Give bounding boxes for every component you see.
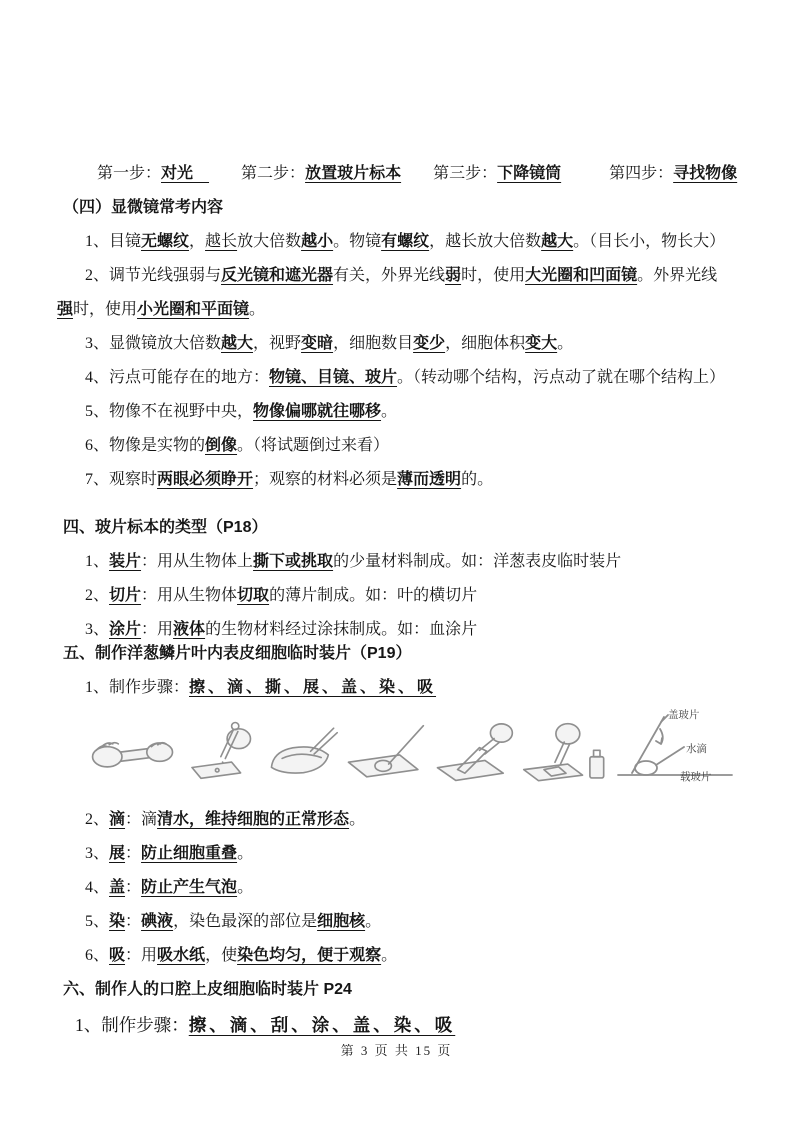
text-segment: 4、 [85, 879, 109, 896]
text-segment: 液体 [173, 621, 205, 638]
text-segment: 放置玻片标本 [305, 165, 401, 182]
text-segment [209, 165, 241, 182]
text-segment: ，细胞体积 [445, 335, 525, 352]
text-segment: 擦、滴、撕、展、盖、染、吸 [189, 679, 436, 696]
text-segment: ：用 [125, 947, 157, 964]
text-segment: 下降镜筒 [497, 165, 561, 182]
text-segment: 滴 [109, 811, 125, 828]
text-segment: 盖 [109, 879, 125, 896]
text-segment: 两眼必须睁开 [157, 471, 253, 488]
drop-water-icon [183, 720, 255, 788]
list-item: 4、盖：防止产生气泡。 [57, 871, 738, 905]
list-item: 7、观察时两眼必须睁开；观察的材料必须是薄而透明的。 [57, 463, 738, 497]
text-segment: 展 [109, 845, 125, 862]
list-item: 4、污点可能存在的地方：物镜、目镜、玻片。（转动哪个结构，污点动了就在哪个结构上… [57, 361, 738, 395]
text-segment: ，使 [205, 947, 237, 964]
text-segment: 染 [109, 913, 125, 930]
text-segment: 变暗 [301, 335, 333, 352]
tear-specimen-icon [259, 720, 339, 788]
text-segment: 切片 [109, 587, 141, 604]
text-segment: 。 [365, 913, 381, 930]
text-segment: 的生物材料经过涂抹制成。如：血涂片 [205, 621, 477, 638]
text-segment: 切取 [237, 587, 269, 604]
text-segment: 第二步： [241, 165, 305, 182]
text-segment: 防止产生气泡 [141, 879, 237, 896]
text-segment: 7、观察时 [85, 471, 157, 488]
text-segment: 第三步： [433, 165, 497, 182]
text-segment: 3、显微镜放大倍数 [85, 335, 221, 352]
text-segment: ： [125, 845, 141, 862]
text-segment: 无螺纹 [141, 233, 189, 250]
text-segment: 。 [381, 947, 397, 964]
text-segment: 的薄片制成。如：叶的横切片 [269, 587, 477, 604]
text-segment: 。 [249, 301, 265, 318]
text-segment: 时，使用 [461, 267, 525, 284]
text-segment: 3、 [85, 845, 109, 862]
text-segment: 弱 [445, 267, 461, 284]
section-heading-slide-types: 四、玻片标本的类型（P18） [57, 511, 738, 545]
text-segment: 5、 [85, 913, 109, 930]
section-heading-microscope-exam-notes: （四）显微镜常考内容 [57, 191, 738, 225]
text-segment: 3、 [85, 621, 109, 638]
text-segment: 物镜、目镜、玻片 [269, 369, 397, 386]
text-segment: 放大倍数 [237, 233, 301, 250]
text-segment: 。（将试题倒过来看） [237, 437, 389, 454]
text-segment: 物像偏哪就往哪移 [253, 403, 381, 420]
section-heading-onion-slide: 五、制作洋葱鳞片叶内表皮细胞临时装片（P19） [57, 637, 738, 671]
spread-specimen-icon [343, 720, 427, 788]
list-item: 5、物像不在视野中央，物像偏哪就往哪移。 [57, 395, 738, 429]
text-segment: 防止细胞重叠 [141, 845, 237, 862]
wipe-slide-icon [87, 720, 179, 788]
list-item: 2、滴：滴清水，维持细胞的正常形态。 [57, 803, 738, 837]
text-segment: 5、物像不在视野中央， [85, 403, 253, 420]
water-drop-label: 水滴 [686, 741, 707, 756]
text-segment: 1、制作步骤： [85, 679, 189, 696]
text-segment: ，越长放大倍数 [429, 233, 541, 250]
list-item: 3、显微镜放大倍数越大，视野变暗，细胞数目变少，细胞体积变大。 [57, 327, 738, 361]
text-segment: 1、目镜 [85, 233, 141, 250]
text-segment: 细胞核 [317, 913, 365, 930]
coverslip-lowering-diagram: 盖玻片 水滴 载玻片 [616, 699, 738, 799]
microscope-use-steps-line: 第一步：对光 第二步：放置玻片标本 第三步：下降镜筒 第四步：寻找物像 [57, 157, 738, 191]
text-segment: 染色均匀，便于观察 [237, 947, 381, 964]
text-segment: 有螺纹 [381, 233, 429, 250]
text-segment: 吸水纸 [157, 947, 205, 964]
page-content: 第一步：对光 第二步：放置玻片标本 第三步：下降镜筒 第四步：寻找物像 （四）显… [57, 157, 738, 1043]
list-item: 6、吸：用吸水纸，使染色均匀，便于观察。 [57, 939, 738, 973]
section-heading-cheek-cell-slide: 六、制作人的口腔上皮细胞临时装片 P24 [57, 973, 738, 1007]
text-segment: 。物镜 [333, 233, 381, 250]
cover-slip-icon [432, 720, 516, 788]
coverslip-label: 盖玻片 [668, 707, 700, 722]
text-segment: 涂片 [109, 621, 141, 638]
text-segment: ：用 [141, 621, 173, 638]
text-segment: ，染色最深的部位是 [173, 913, 317, 930]
text-segment: ，细胞数目 [333, 335, 413, 352]
text-segment: 寻找物像 [673, 165, 737, 182]
text-segment: 越大 [541, 233, 573, 250]
text-segment [401, 165, 433, 182]
text-segment: 第四步： [609, 165, 673, 182]
text-segment: 4、污点可能存在的地方： [85, 369, 269, 386]
text-segment: 清水，维持细胞的正常形态 [157, 811, 349, 828]
text-segment: 反光镜和遮光器 [221, 267, 333, 284]
text-segment: ：用从生物体 [141, 587, 237, 604]
text-segment: 越大 [221, 335, 253, 352]
text-segment: 。 [381, 403, 397, 420]
text-segment: 有关，外界光线 [333, 267, 445, 284]
text-segment: 。外界光线 [637, 267, 717, 284]
list-item: 3、展：防止细胞重叠。 [57, 837, 738, 871]
text-segment: 。（转动哪个结构，污点动了就在哪个结构上） [397, 369, 725, 386]
text-segment: 装片 [109, 553, 141, 570]
text-segment: 薄而透明 [397, 471, 461, 488]
text-segment: ， [189, 233, 205, 250]
text-segment: 小光圈和平面镜 [137, 301, 249, 318]
text-segment: 时，使用 [73, 301, 137, 318]
procedure-figures-row: 盖玻片 水滴 载玻片 [57, 705, 738, 803]
text-segment: 越小 [301, 233, 333, 250]
text-segment: 撕下或挑取 [253, 553, 333, 570]
text-segment: 碘液 [141, 913, 173, 930]
list-item: 5、染：碘液，染色最深的部位是细胞核。 [57, 905, 738, 939]
text-segment: 2、调节光线强弱与 [85, 267, 221, 284]
slide-label: 载玻片 [680, 769, 712, 784]
document-page: 第一步：对光 第二步：放置玻片标本 第三步：下降镜筒 第四步：寻找物像 （四）显… [0, 0, 793, 1122]
text-segment: 。（目长小，物长大） [573, 233, 725, 250]
text-segment: 对光 [161, 165, 209, 182]
text-segment: 第一步： [97, 165, 161, 182]
text-segment: 变大 [525, 335, 557, 352]
text-segment: ，视野 [253, 335, 301, 352]
text-segment: 。 [349, 811, 365, 828]
text-segment: 擦、滴、刮、涂、盖、染、吸 [189, 1015, 456, 1035]
text-segment: 越长 [205, 233, 237, 250]
list-item: 1、装片：用从生物体上撕下或挑取的少量材料制成。如：洋葱表皮临时装片 [57, 545, 738, 579]
list-item: 6、物像是实物的倒像。（将试题倒过来看） [57, 429, 738, 463]
text-segment: 变少 [413, 335, 445, 352]
list-item: 1、目镜无螺纹，越长放大倍数越小。物镜有螺纹，越长放大倍数越大。（目长小，物长大… [57, 225, 738, 259]
cheek-steps-line: 1、制作步骤：擦、滴、刮、涂、盖、染、吸 [57, 1007, 738, 1043]
text-segment: 。 [237, 879, 253, 896]
text-segment: ：滴 [125, 811, 157, 828]
text-segment: 。 [557, 335, 573, 352]
text-segment: 的。 [461, 471, 493, 488]
text-segment [561, 165, 609, 182]
page-footer: 第 3 页 共 15 页 [0, 1040, 793, 1059]
list-item: 2、调节光线强弱与反光镜和遮光器有关，外界光线弱时，使用大光圈和凹面镜。外界光线… [57, 259, 738, 327]
text-segment: 2、 [85, 811, 109, 828]
text-segment: 2、 [85, 587, 109, 604]
stain-iodine-icon [520, 720, 612, 788]
text-segment: 倒像 [205, 437, 237, 454]
text-segment: 大光圈和凹面镜 [525, 267, 637, 284]
text-segment: 吸 [109, 947, 125, 964]
text-segment: 的少量材料制成。如：洋葱表皮临时装片 [333, 553, 621, 570]
text-segment: 1、 [85, 553, 109, 570]
text-segment: ： [125, 879, 141, 896]
text-segment: ；观察的材料必须是 [253, 471, 397, 488]
text-segment: ： [125, 913, 141, 930]
text-segment: 6、物像是实物的 [85, 437, 205, 454]
list-item: 2、切片：用从生物体切取的薄片制成。如：叶的横切片 [57, 579, 738, 613]
text-segment: 强 [57, 301, 73, 318]
text-segment: 6、 [85, 947, 109, 964]
text-segment: ：用从生物体上 [141, 553, 253, 570]
text-segment: 。 [237, 845, 253, 862]
text-segment: 1、制作步骤： [75, 1015, 189, 1035]
